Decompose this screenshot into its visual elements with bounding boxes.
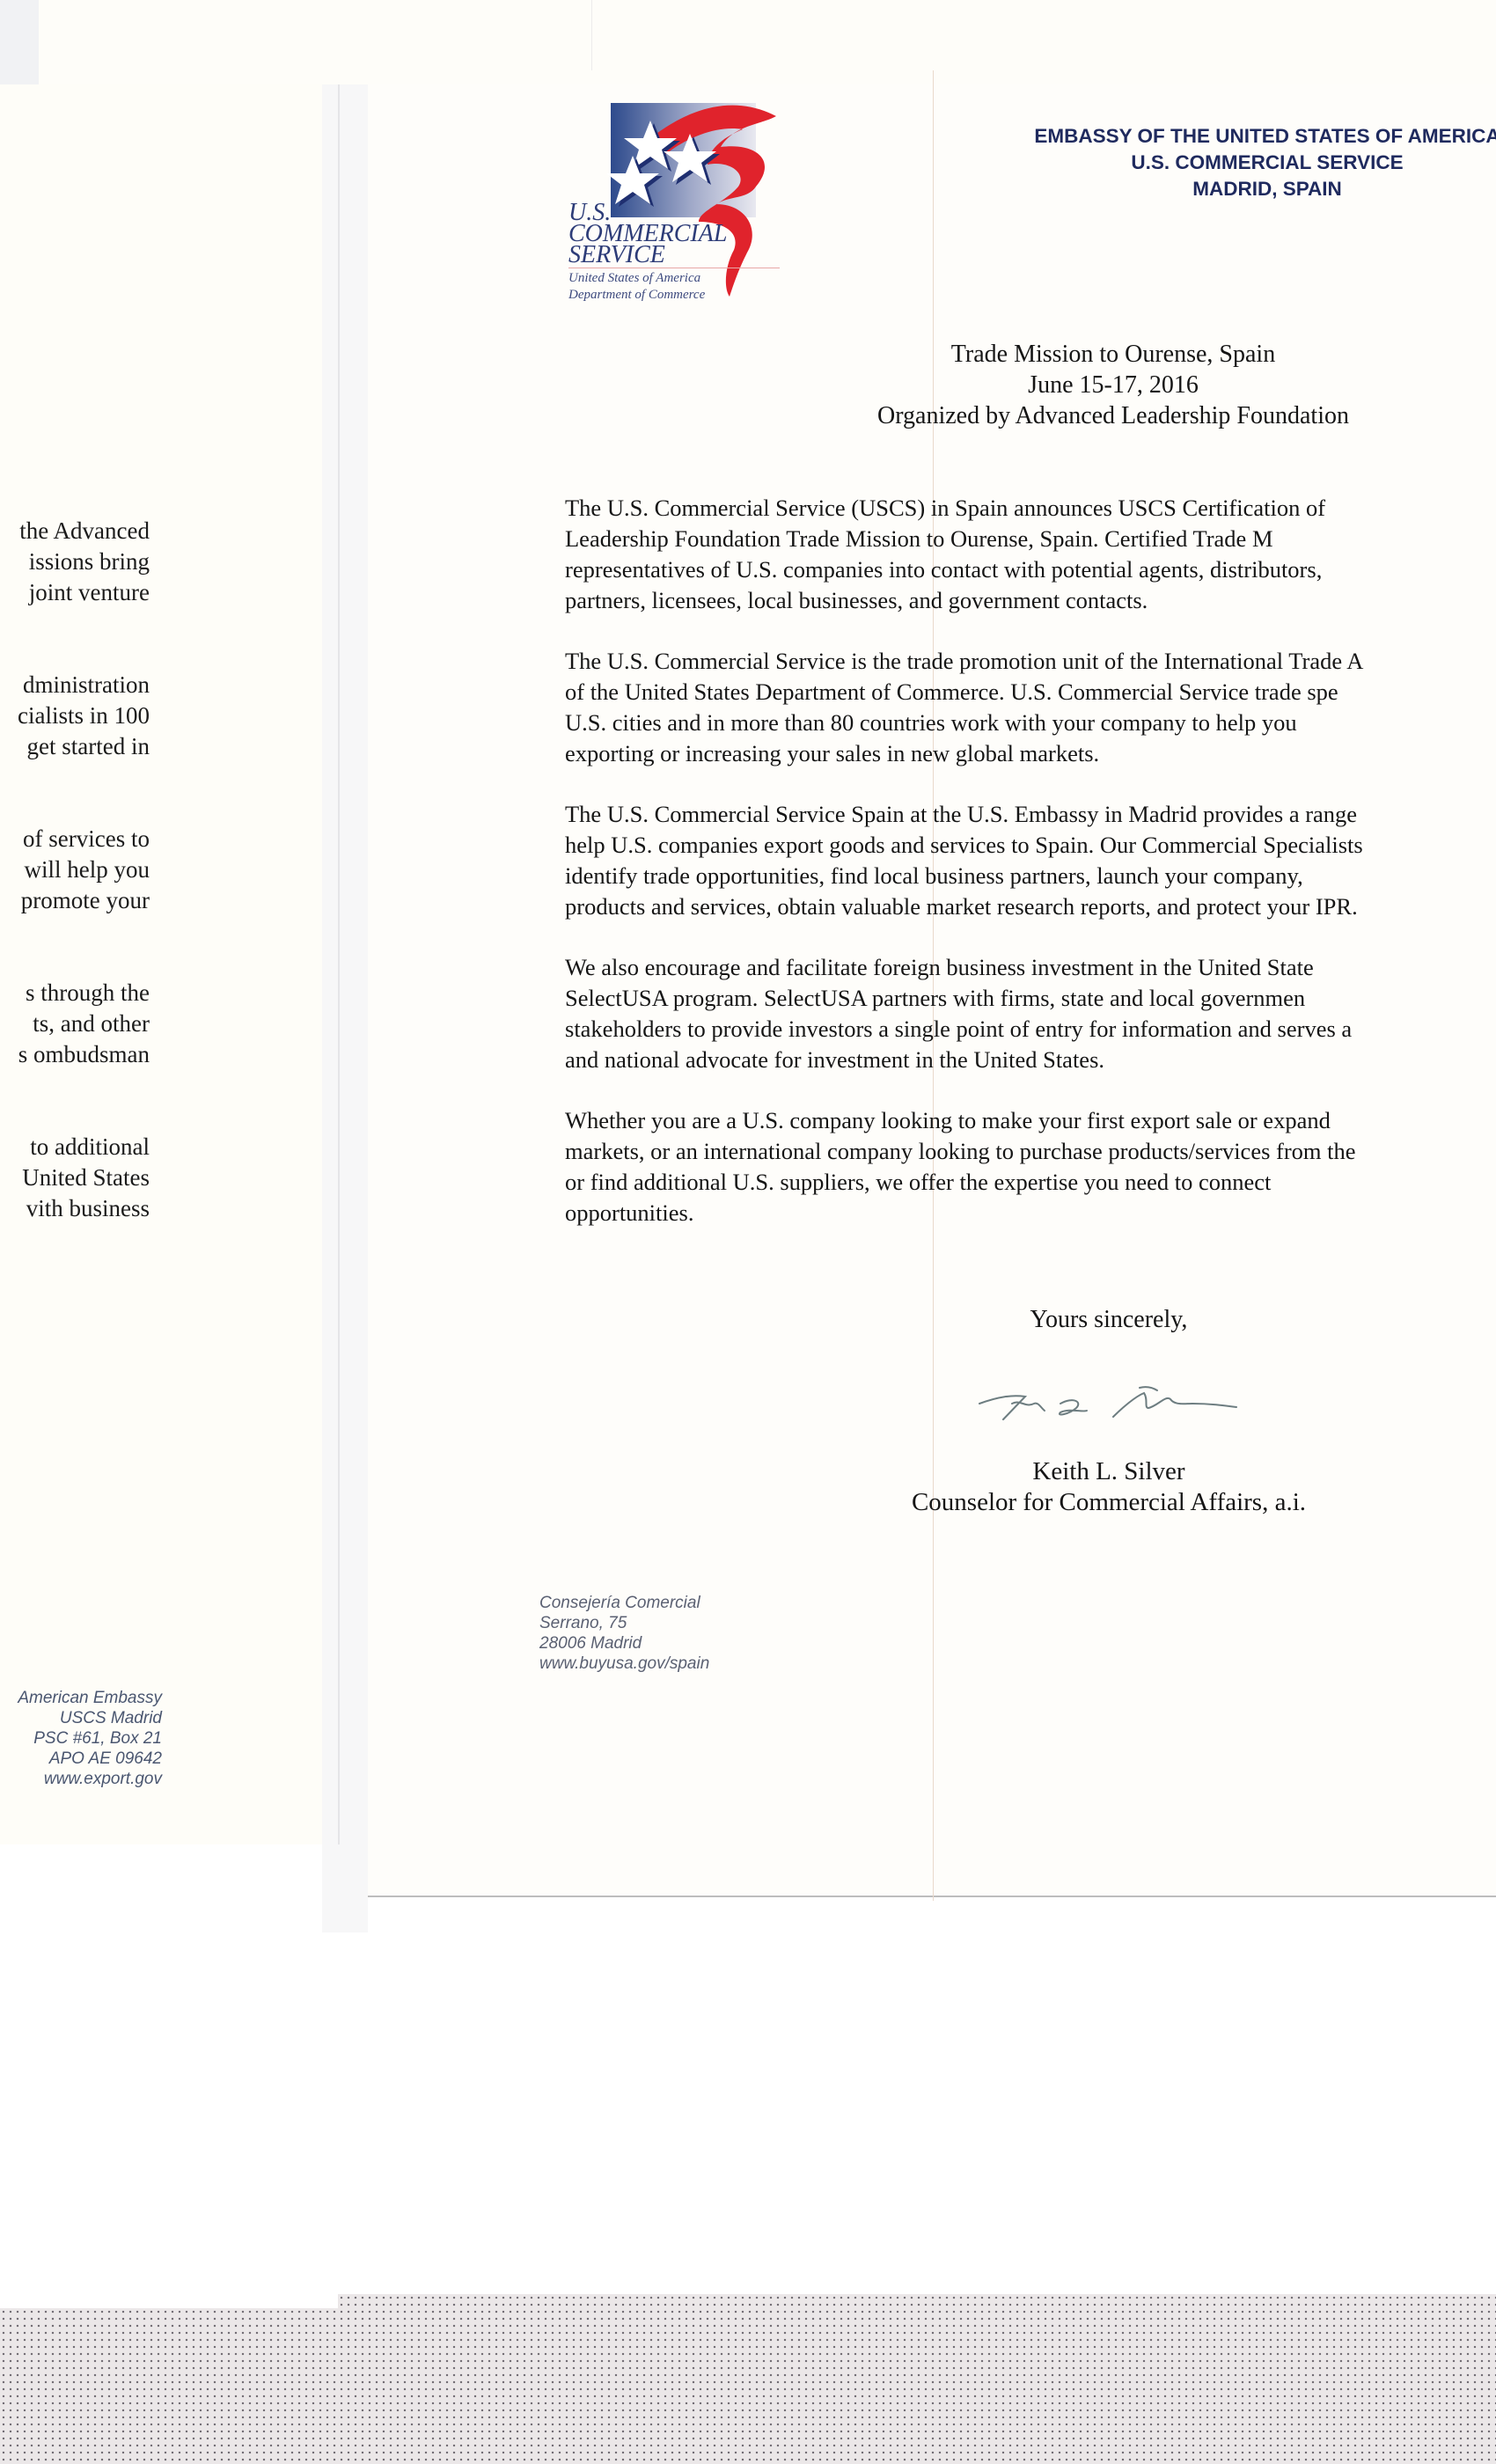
signer-name: Keith L. Silver [880, 1456, 1338, 1487]
body-line: SelectUSA program. SelectUSA partners wi… [565, 983, 1496, 1014]
body-line: help U.S. companies export goods and ser… [565, 830, 1496, 861]
back-page-line: will help you [0, 854, 150, 885]
body-line: stakeholders to provide investors a sing… [565, 1014, 1496, 1045]
footer-line: www.buyusa.gov/spain [539, 1654, 709, 1674]
footer-line: Serrano, 75 [539, 1613, 709, 1633]
back-page-line: to additional [0, 1131, 150, 1162]
back-page-line: promote your [0, 884, 150, 916]
body-line: of the United States Department of Comme… [565, 677, 1496, 708]
back-page-line: vith business [0, 1192, 150, 1224]
body-line: partners, licensees, local businesses, a… [565, 585, 1496, 616]
logo-subline: Department of Commerce [568, 287, 780, 304]
scanner-bed-texture [0, 2308, 338, 2464]
body-line: The U.S. Commercial Service Spain at the… [565, 799, 1496, 830]
body-paragraph: The U.S. Commercial Service Spain at the… [565, 799, 1496, 922]
handwritten-signature-icon [972, 1377, 1254, 1430]
body-line: or find additional U.S. suppliers, we of… [565, 1167, 1496, 1198]
back-page-line: ts, and other [0, 1008, 150, 1039]
back-page-line: joint venture [0, 576, 150, 608]
mission-title: Trade Mission to Ourense, Spain [792, 339, 1434, 370]
body-line: We also encourage and facilitate foreign… [565, 952, 1496, 983]
embassy-line: MADRID, SPAIN [959, 176, 1496, 202]
footer-line: 28006 Madrid [539, 1633, 709, 1654]
letter-body: The U.S. Commercial Service (USCS) in Sp… [565, 493, 1496, 1258]
logo-subline: United States of America [568, 270, 780, 287]
body-line: The U.S. Commercial Service (USCS) in Sp… [565, 493, 1496, 524]
body-line: markets, or an international company loo… [565, 1136, 1496, 1167]
page-edge-line [338, 84, 340, 1844]
body-paragraph: The U.S. Commercial Service is the trade… [565, 646, 1496, 769]
back-page-line: s through the [0, 977, 150, 1008]
front-footer-address: Consejería Comercial Serrano, 75 28006 M… [539, 1593, 709, 1674]
page-gutter [322, 84, 368, 1932]
closing-salutation: Yours sincerely, [880, 1306, 1338, 1334]
body-line: U.S. cities and in more than 80 countrie… [565, 708, 1496, 738]
footer-line: www.export.gov [0, 1769, 162, 1789]
mission-header: Trade Mission to Ourense, Spain June 15-… [792, 339, 1434, 431]
body-line: and national advocate for investment in … [565, 1045, 1496, 1075]
embassy-letterhead: EMBASSY OF THE UNITED STATES OF AMERICA … [959, 123, 1496, 202]
back-page-footer-address: American Embassy USCS Madrid PSC #61, Bo… [0, 1688, 162, 1789]
footer-line: American Embassy [0, 1688, 162, 1708]
back-page-line: get started in [0, 730, 150, 762]
body-line: Leadership Foundation Trade Mission to O… [565, 524, 1496, 554]
back-page: the Advancedissions bringjoint venturedm… [0, 84, 322, 1844]
body-line: products and services, obtain valuable m… [565, 891, 1496, 922]
body-line: opportunities. [565, 1198, 1496, 1228]
scan-background-top [0, 0, 1496, 84]
logo-wordmark: U.S. COMMERCIAL SERVICE United States of… [568, 202, 780, 304]
back-page-line: the Advanced [0, 515, 150, 546]
back-page-line: of services to [0, 823, 150, 854]
body-line: identify trade opportunities, find local… [565, 861, 1496, 891]
body-line: Whether you are a U.S. company looking t… [565, 1105, 1496, 1136]
footer-line: USCS Madrid [0, 1708, 162, 1728]
body-paragraph: Whether you are a U.S. company looking t… [565, 1105, 1496, 1228]
embassy-line: EMBASSY OF THE UNITED STATES OF AMERICA [959, 123, 1496, 150]
embassy-line: U.S. COMMERCIAL SERVICE [959, 150, 1496, 176]
scan-edge-shadow [0, 0, 39, 84]
footer-line: PSC #61, Box 21 [0, 1728, 162, 1749]
back-page-line: dministration [0, 669, 150, 700]
body-paragraph: We also encourage and facilitate foreign… [565, 952, 1496, 1075]
back-page-line: issions bring [0, 546, 150, 577]
mission-dates: June 15-17, 2016 [792, 370, 1434, 400]
body-line: representatives of U.S. companies into c… [565, 554, 1496, 585]
signer-block: Keith L. Silver Counselor for Commercial… [880, 1456, 1338, 1518]
back-page-line: s ombudsman [0, 1038, 150, 1070]
body-paragraph: The U.S. Commercial Service (USCS) in Sp… [565, 493, 1496, 616]
mission-organizer: Organized by Advanced Leadership Foundat… [792, 400, 1434, 431]
signer-title: Counselor for Commercial Affairs, a.i. [880, 1487, 1338, 1518]
scan-divider [591, 0, 592, 70]
body-line: The U.S. Commercial Service is the trade… [565, 646, 1496, 677]
scanner-bed-texture [338, 2294, 1496, 2464]
footer-line: APO AE 09642 [0, 1749, 162, 1769]
back-page-line: United States [0, 1162, 150, 1193]
back-page-line: cialists in 100 [0, 700, 150, 731]
body-line: exporting or increasing your sales in ne… [565, 738, 1496, 769]
logo-line: SERVICE [568, 245, 780, 266]
footer-line: Consejería Comercial [539, 1593, 709, 1613]
